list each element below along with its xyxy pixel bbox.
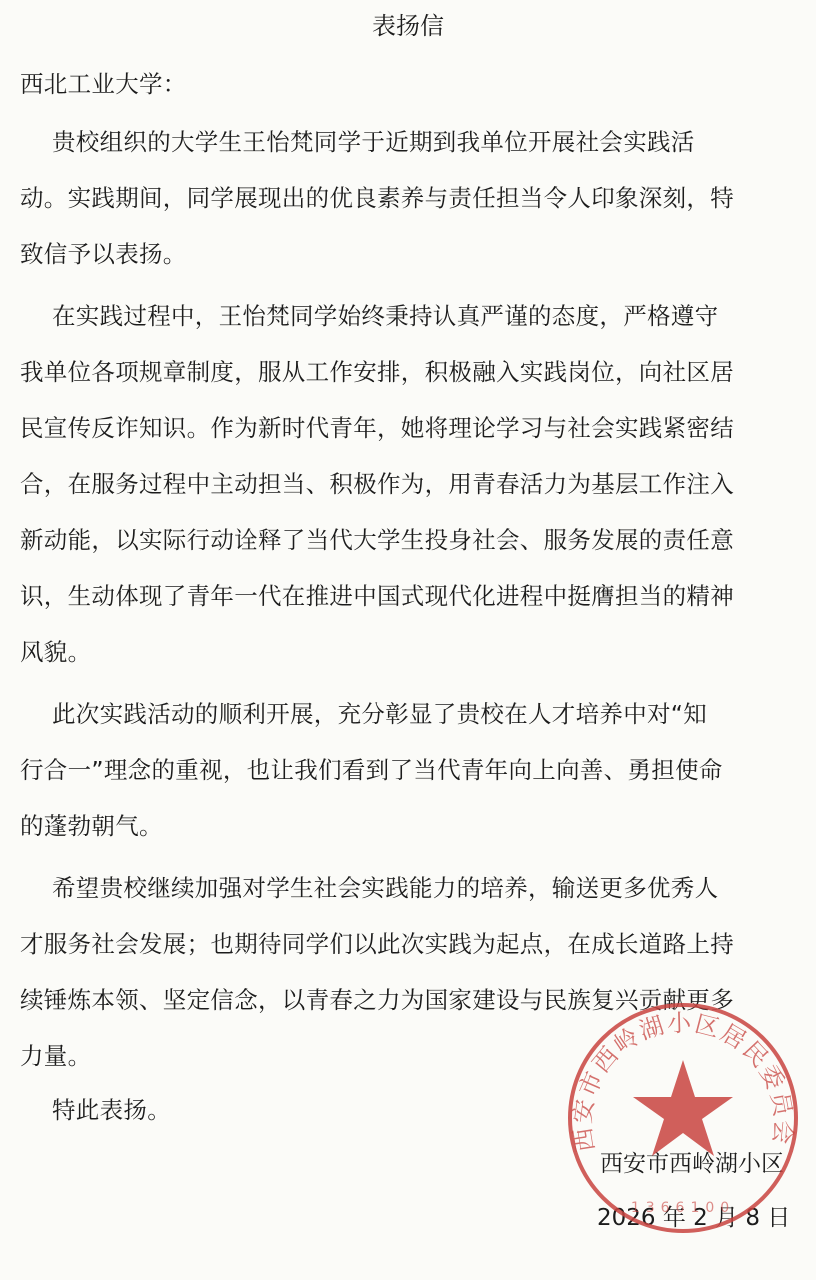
text-line: 贵校组织的大学生王怡梵同学于近期到我单位开展社会实践活: [52, 122, 816, 162]
closing: 特此表扬。: [52, 1090, 816, 1130]
text-line: 行合一”理念的重视，也让我们看到了当代青年向上向善、勇担使命: [20, 750, 800, 790]
text-line: 我单位各项规章制度，服从工作安排，积极融入实践岗位，向社区居: [20, 352, 800, 392]
text-line: 致信予以表扬。: [20, 234, 800, 274]
text-line: 此次实践活动的顺利开展，充分彰显了贵校在人才培养中对“知: [52, 694, 816, 734]
text-line: 民宣传反诈知识。作为新时代青年，她将理论学习与社会实践紧密结: [20, 408, 800, 448]
salutation: 西北工业大学：: [20, 64, 800, 104]
text-line: 力量。: [20, 1036, 800, 1076]
text-line: 风貌。: [20, 632, 800, 672]
text-line: 新动能，以实际行动诠释了当代大学生投身社会、服务发展的责任意: [20, 520, 800, 560]
signature-organization: 西安市西岭湖小区: [600, 1146, 784, 1182]
letter-title: 表扬信: [0, 6, 816, 46]
text-line: 希望贵校继续加强对学生社会实践能力的培养，输送更多优秀人: [52, 868, 816, 908]
seal-ring-text: 西安市西岭湖小区居民委员会: [568, 1009, 797, 1154]
text-line: 才服务社会发展；也期待同学们以此次实践为起点，在成长道路上持: [20, 924, 800, 964]
svg-text:西安市西岭湖小区居民委员会: 西安市西岭湖小区居民委员会: [568, 1009, 797, 1154]
text-line: 的蓬勃朝气。: [20, 806, 800, 846]
signature-date: 2026 年 2 月 8 日: [597, 1200, 790, 1236]
text-line: 在实践过程中，王怡梵同学始终秉持认真严谨的态度，严格遵守: [52, 296, 816, 336]
text-line: 续锤炼本领、坚定信念，以青春之力为国家建设与民族复兴贡献更多: [20, 980, 800, 1020]
text-line: 动。实践期间，同学展现出的优良素养与责任担当令人印象深刻，特: [20, 178, 800, 218]
text-line: 合，在服务过程中主动担当、积极作为，用青春活力为基层工作注入: [20, 464, 800, 504]
text-line: 识，生动体现了青年一代在推进中国式现代化进程中挺膺担当的精神: [20, 576, 800, 616]
